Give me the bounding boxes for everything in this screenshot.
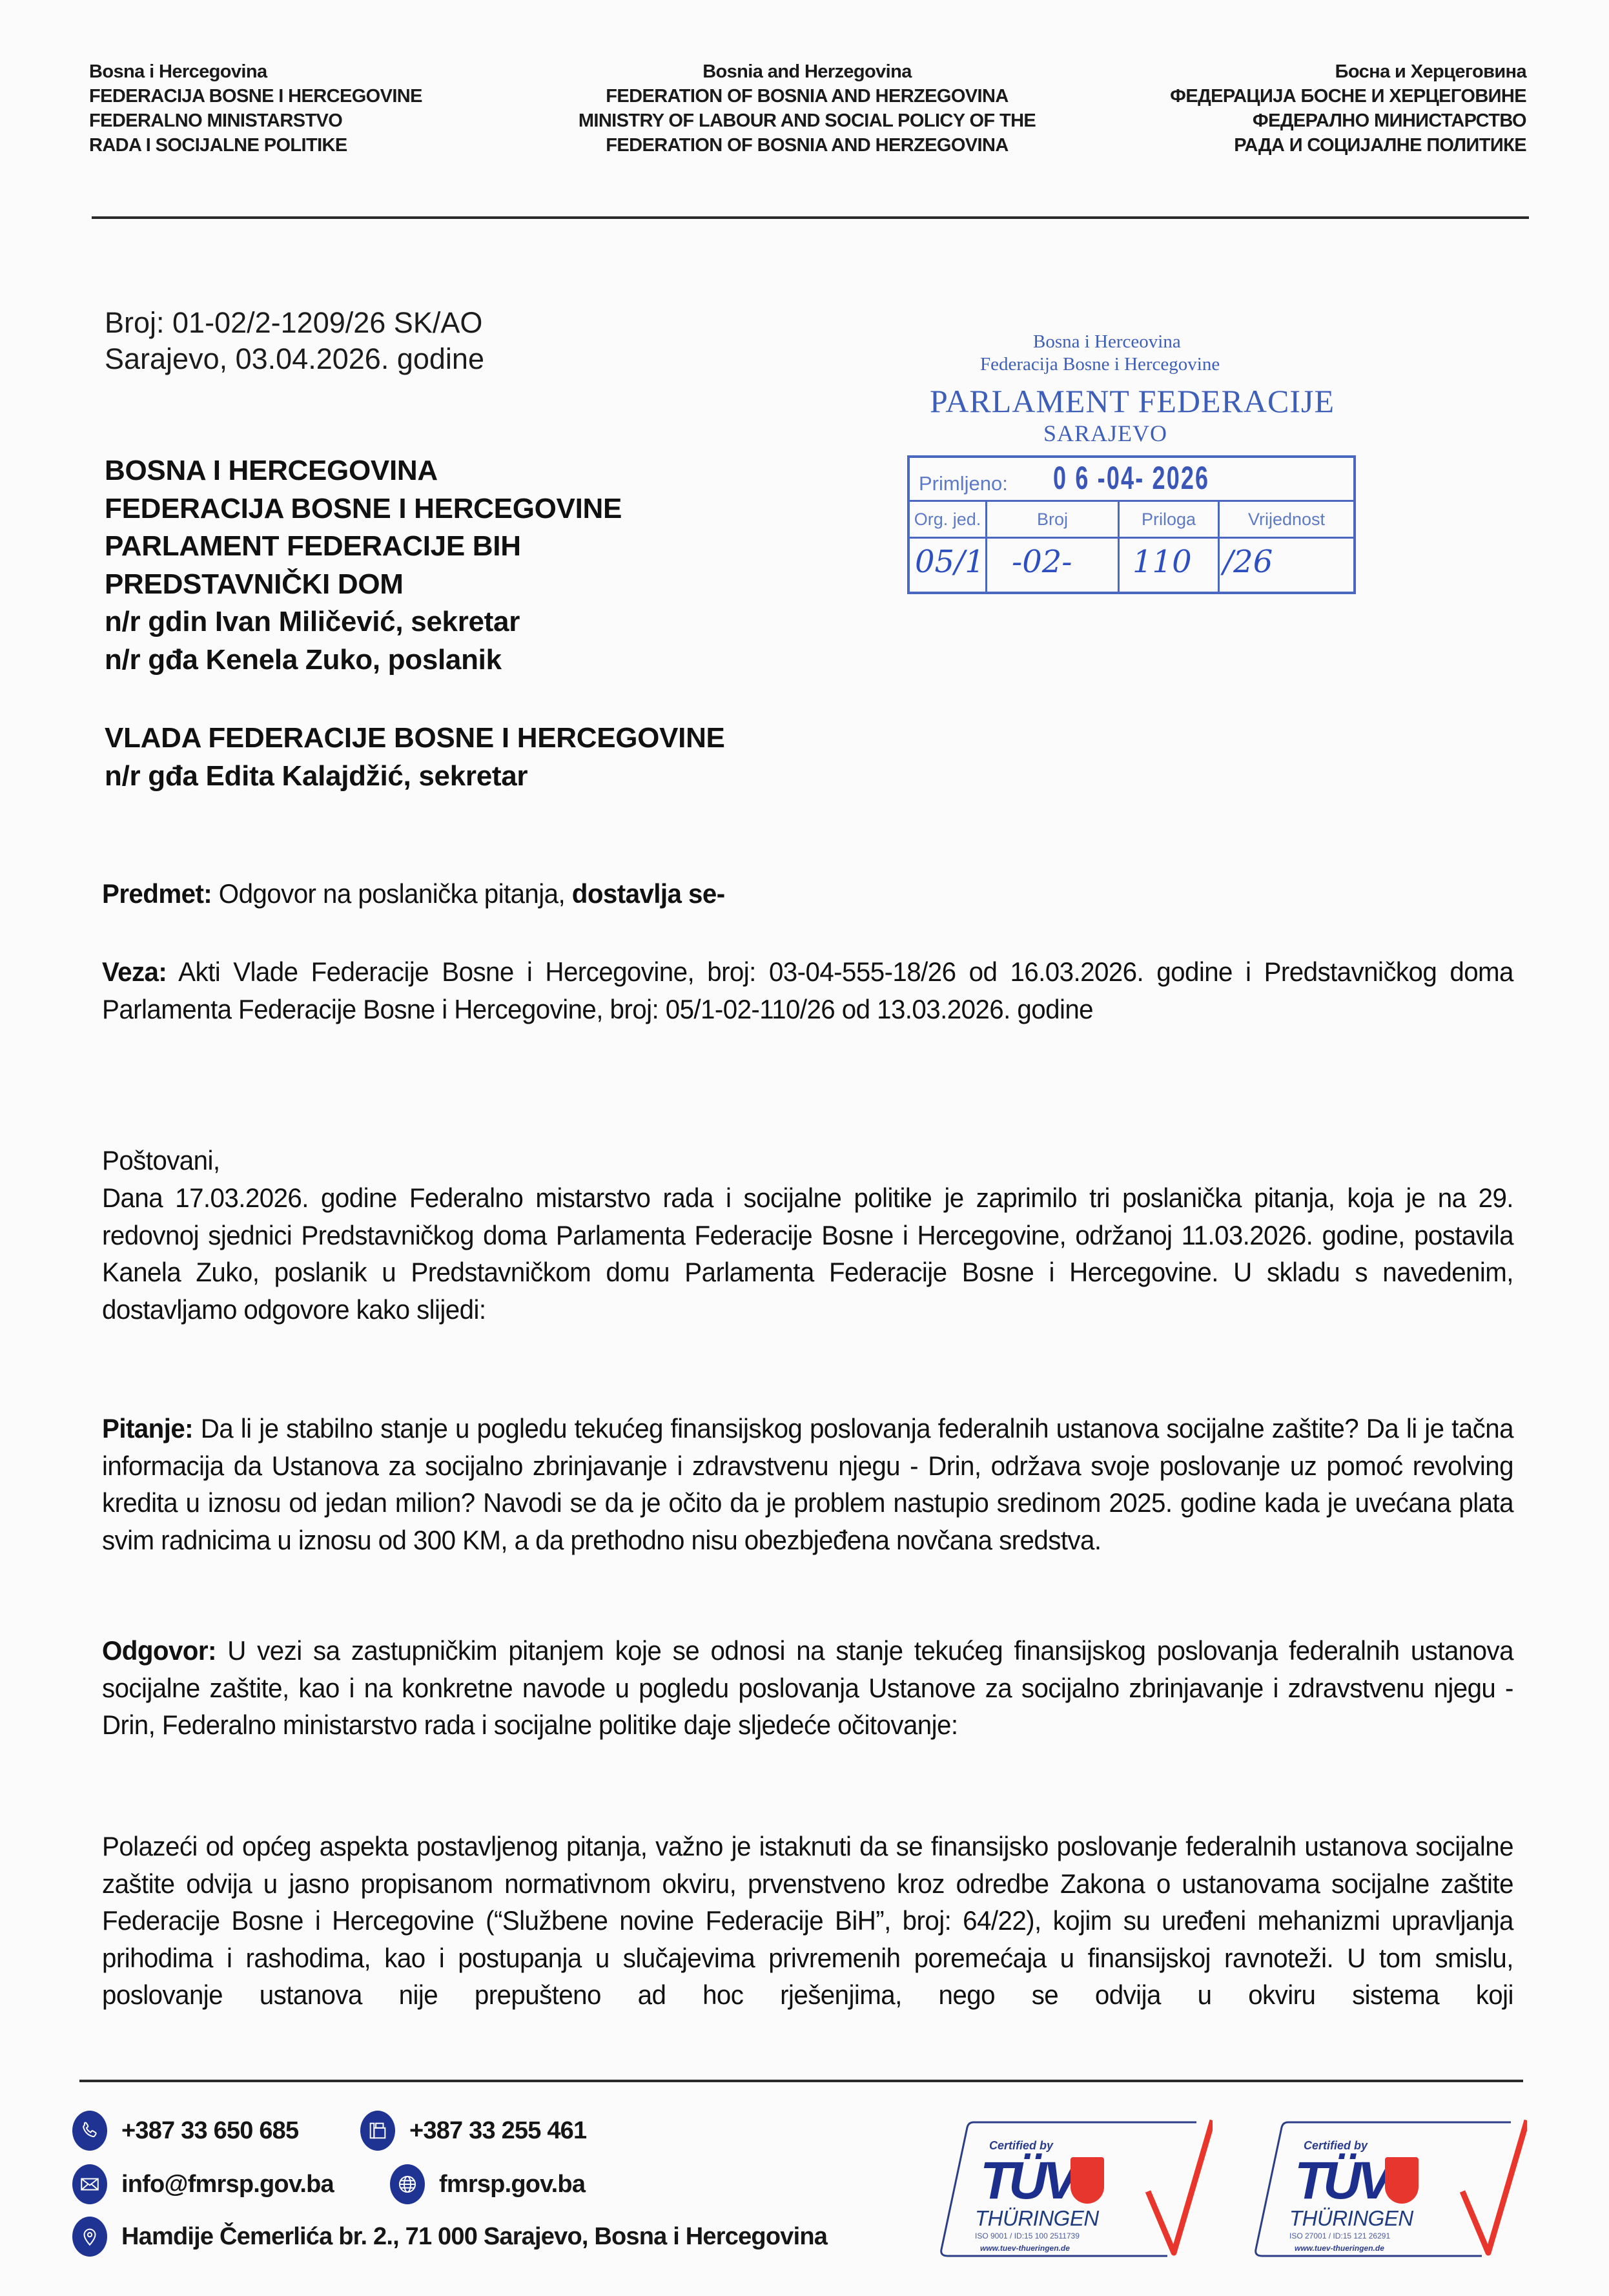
stamp-table: Primljeno: 0 6 -04- 2026 Org. jed. Broj … — [907, 455, 1356, 594]
question-text: Da li je stabilno stanje u pogledu tekuć… — [102, 1413, 1513, 1555]
letterhead-left-line: Bosna i Hercegovina — [89, 59, 422, 84]
letterhead-right: Босна и Херцеговина ФЕДЕРАЦИЈА БОСНЕ И Х… — [1170, 59, 1526, 158]
stamp-line-3: PARLAMENT FEDERACIJE — [930, 382, 1335, 420]
letterhead-center-line: MINISTRY OF LABOUR AND SOCIAL POLICY OF … — [517, 109, 1098, 133]
addressee-line: FEDERACIJA BOSNE I HERCEGOVINE — [105, 490, 622, 528]
letterhead-right-line: Босна и Херцеговина — [1170, 59, 1526, 84]
phone-number: +387 33 650 685 — [121, 2117, 298, 2145]
subject-line: Predmet: Odgovor na poslanička pitanja, … — [102, 875, 1513, 913]
letterhead-center: Bosnia and Herzegovina FEDERATION OF BOS… — [517, 59, 1098, 158]
fax-icon — [360, 2111, 395, 2151]
tuv-logo-text: TÜV — [980, 2151, 1074, 2211]
letterhead-left-line: FEDERALNO MINISTARSTVO — [89, 109, 422, 133]
location-pin-icon — [72, 2217, 107, 2257]
stamp-value-org: 05/1 — [915, 544, 985, 580]
stamp-col-broj: Broj — [987, 502, 1120, 537]
subject-bold-tail: dostavlja se- — [572, 878, 725, 909]
stamp-line-2: Federacija Bosne i Hercegovine — [980, 354, 1220, 375]
phone-icon — [72, 2111, 107, 2151]
addressee-government: VLADA FEDERACIJE BOSNE I HERCEGOVINE n/r… — [105, 719, 725, 795]
footer-fax: +387 33 255 461 — [360, 2111, 586, 2151]
email-address[interactable]: info@fmrsp.gov.ba — [121, 2171, 334, 2198]
region-text: THÜRINGEN — [1289, 2206, 1413, 2231]
link-label: Veza: — [102, 957, 167, 987]
letterhead-center-line: Bosnia and Herzegovina — [517, 59, 1098, 84]
tuv-certification-badge: Certified by TÜV THÜRINGEN ISO 9001 / ID… — [935, 2117, 1213, 2262]
addressee-line: n/r gdin Ivan Miličević, sekretar — [105, 603, 622, 641]
footer-website[interactable]: fmrsp.gov.ba — [390, 2164, 585, 2204]
mail-icon — [72, 2164, 107, 2204]
header-divider — [92, 216, 1529, 219]
stamp-value-priloga: 110 — [1132, 544, 1192, 580]
addressee-line: n/r gđa Edita Kalajdžić, sekretar — [105, 758, 725, 796]
body-paragraph: Polazeći od općeg aspekta postavljenog p… — [102, 1828, 1513, 2014]
tuv-logo-text: TÜV — [1295, 2151, 1389, 2211]
certifier-url: www.tuev-thueringen.de — [1295, 2244, 1384, 2253]
salutation: Poštovani, — [102, 1142, 1513, 1179]
subject-text: Odgovor na poslanička pitanja, — [212, 878, 572, 909]
region-text: THÜRINGEN — [975, 2206, 1099, 2231]
letterhead-left-line: RADA I SOCIJALNE POLITIKE — [89, 133, 422, 158]
reference-number: Broj: 01-02/2-1209/26 SK/AO — [105, 305, 484, 341]
question-paragraph: Pitanje: Da li je stabilno stanje u pogl… — [102, 1410, 1513, 1558]
letterhead-center-line: FEDERATION OF BOSNIA AND HERZEGOVINA — [517, 84, 1098, 109]
letterhead-right-line: ФЕДЕРАЛНО МИНИСТАРСТВО — [1170, 109, 1526, 133]
letterhead-right-line: ФЕДЕРАЦИЈА БОСНЕ И ХЕРЦЕГОВИНЕ — [1170, 84, 1526, 109]
stamp-received-row: Primljeno: 0 6 -04- 2026 — [910, 458, 1353, 502]
reference-block: Broj: 01-02/2-1209/26 SK/AO Sarajevo, 03… — [105, 305, 484, 377]
question-label: Pitanje: — [102, 1413, 193, 1443]
letterhead-right-line: РАДА И СОЦИЈАЛНЕ ПОЛИТИКЕ — [1170, 133, 1526, 158]
certifier-url: www.tuev-thueringen.de — [980, 2244, 1070, 2253]
stamp-col-org: Org. jed. — [910, 502, 987, 537]
answer-label: Odgovor: — [102, 1635, 216, 1666]
fax-number: +387 33 255 461 — [409, 2117, 586, 2145]
stamp-line-1: Bosna i Herceovina — [1033, 331, 1181, 353]
globe-icon — [390, 2164, 425, 2204]
answer-text: U vezi sa zastupničkim pitanjem koje se … — [102, 1635, 1513, 1740]
stamp-col-vrijednost: Vrijednost — [1220, 502, 1353, 537]
stamp-values-row: 05/1 -02- 110 /26 — [910, 539, 1353, 594]
letterhead-center-line: FEDERATION OF BOSNIA AND HERZEGOVINA — [517, 133, 1098, 158]
website-link[interactable]: fmrsp.gov.ba — [439, 2171, 585, 2198]
stamp-line-4: SARAJEVO — [1043, 420, 1167, 447]
stamp-received-label: Primljeno: — [919, 472, 1008, 495]
tuv-certification-badge: Certified by TÜV THÜRINGEN ISO 27001 / I… — [1249, 2117, 1527, 2262]
coat-of-arms-icon — [1385, 2157, 1419, 2204]
coat-of-arms-icon — [1071, 2157, 1104, 2204]
intro-paragraph: Dana 17.03.2026. godine Federalno mistar… — [102, 1179, 1513, 1328]
addressee-line: n/r gđa Kenela Zuko, poslanik — [105, 641, 622, 679]
footer-divider — [79, 2080, 1523, 2082]
addressee-line: PARLAMENT FEDERACIJE BIH — [105, 528, 622, 566]
footer-email[interactable]: info@fmrsp.gov.ba — [72, 2164, 334, 2204]
subject-label: Predmet: — [102, 878, 212, 909]
stamp-col-priloga: Priloga — [1120, 502, 1220, 537]
addressee-line: BOSNA I HERCEGOVINA — [105, 452, 622, 490]
reference-link-paragraph: Veza: Akti Vlade Federacije Bosne i Herc… — [102, 953, 1513, 1028]
stamp-received-date: 0 6 -04- 2026 — [1053, 459, 1209, 497]
footer-phone: +387 33 650 685 — [72, 2111, 298, 2151]
postal-address: Hamdije Čemerlića br. 2., 71 000 Sarajev… — [121, 2223, 827, 2251]
letterhead-left-line: FEDERACIJA BOSNE I HERCEGOVINE — [89, 84, 422, 109]
stamp-value-broj: -02- — [1012, 544, 1072, 580]
reference-place-date: Sarajevo, 03.04.2026. godine — [105, 341, 484, 377]
stamp-header-row: Org. jed. Broj Priloga Vrijednost — [910, 502, 1353, 539]
addressee-line: PREDSTAVNIČKI DOM — [105, 566, 622, 604]
letterhead-left: Bosna i Hercegovina FEDERACIJA BOSNE I H… — [89, 59, 422, 158]
iso-standard-text: ISO 9001 / ID:15 100 2511739 — [975, 2231, 1080, 2240]
link-text: Akti Vlade Federacije Bosne i Hercegovin… — [102, 957, 1513, 1024]
stamp-value-vrijednost: /26 — [1223, 544, 1273, 580]
addressee-line: VLADA FEDERACIJE BOSNE I HERCEGOVINE — [105, 719, 725, 758]
iso-standard-text: ISO 27001 / ID:15 121 26291 — [1289, 2231, 1390, 2240]
addressee-parliament: BOSNA I HERCEGOVINA FEDERACIJA BOSNE I H… — [105, 452, 622, 679]
footer-address: Hamdije Čemerlića br. 2., 71 000 Sarajev… — [72, 2217, 827, 2257]
answer-paragraph: Odgovor: U vezi sa zastupničkim pitanjem… — [102, 1632, 1513, 1744]
